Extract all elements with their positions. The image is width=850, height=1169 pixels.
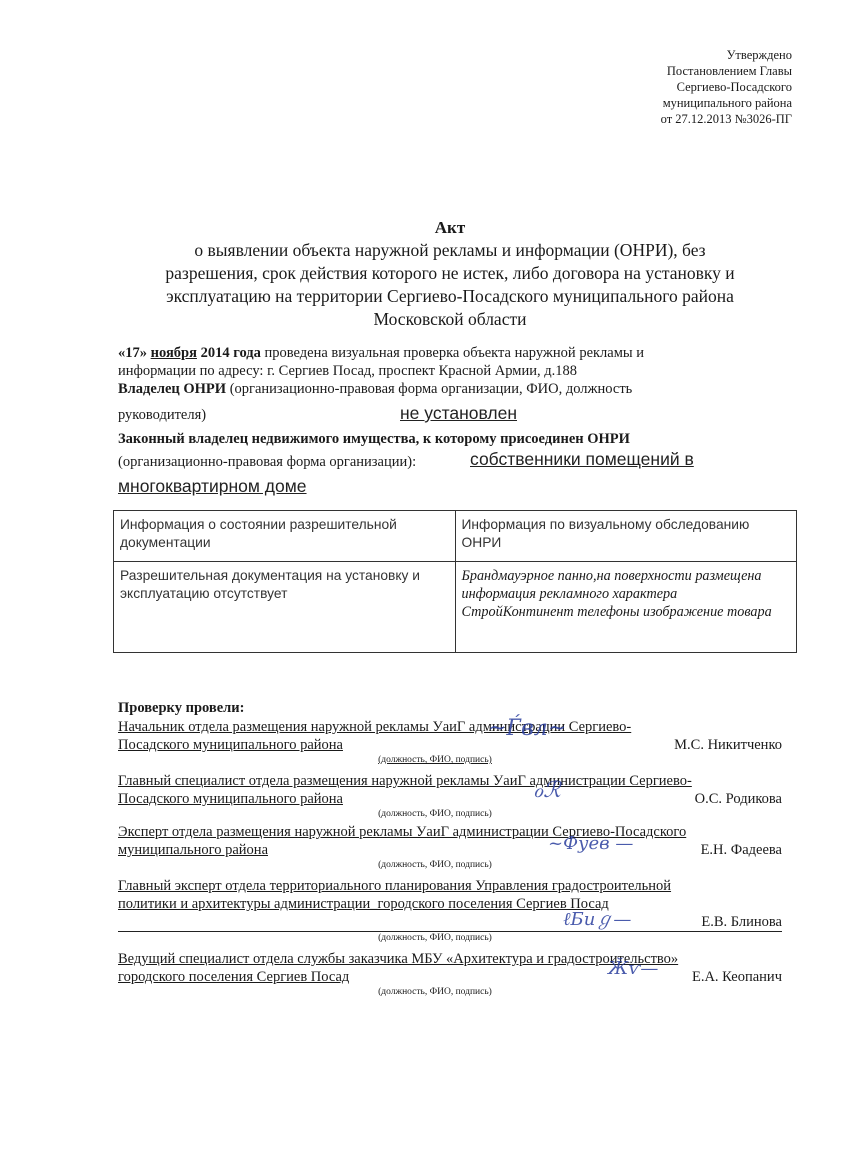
approval-block: Утверждено Постановлением Главы Сергиево… — [532, 47, 792, 127]
table-cell-permit-status: Разрешительная документация на установку… — [114, 562, 456, 653]
signature-mark: ~Ѓвл~ — [488, 720, 566, 738]
signature-caption: (должность, ФИО, подпись) — [88, 859, 782, 871]
inspector-position: Эксперт отдела размещения наружной рекла… — [118, 823, 782, 841]
inspector-position-cont: политики и архитектуры администрации_гор… — [118, 895, 782, 913]
table-cell-visual-inspection: Брандмауэрное панно,на поверхности разме… — [455, 562, 797, 653]
signature-caption: (должность, ФИО, подпись) — [88, 754, 782, 766]
inspector-name: О.С. Родикова — [695, 790, 782, 808]
approval-line: Постановлением Главы — [532, 63, 792, 79]
table-row: Разрешительная документация на установку… — [114, 562, 797, 653]
inspector-position: Начальник отдела размещения наружной рек… — [118, 718, 782, 736]
inspector-name: Е.В. Блинова — [701, 913, 782, 931]
owner-value: не установлен — [400, 403, 517, 424]
inspector-position: Главный специалист отдела размещения нар… — [118, 772, 782, 790]
inspection-intro: «17» ноября 2014 года проведена визуальн… — [118, 344, 798, 398]
legal-owner-value: собственники помещений в — [470, 449, 694, 470]
title-line: Московской области — [110, 308, 790, 331]
inspector-entry: Главный эксперт отдела территориального … — [118, 877, 782, 944]
approval-line: муниципального района — [532, 95, 792, 111]
approval-line: Утверждено — [532, 47, 792, 63]
inspector-position-line: городского поселения Сергиев Посад Е.А. … — [118, 968, 782, 986]
owner-hint: (организационно-правовая форма организац… — [226, 381, 632, 397]
inspector-name: М.С. Никитченко — [674, 736, 782, 754]
approval-line: от 27.12.2013 №3026-ПГ — [532, 111, 792, 127]
title-line: о выявлении объекта наружной рекламы и и… — [110, 239, 790, 262]
inspector-position-line: Посадского муниципального района М.С. Ни… — [118, 736, 782, 754]
inspector-position-cont: городского поселения Сергиев Посад — [118, 969, 349, 985]
inspector-entry: Начальник отдела размещения наружной рек… — [118, 718, 782, 766]
title-heading: Акт — [110, 216, 790, 239]
inspector-position-cont: Посадского муниципального района — [118, 791, 343, 807]
owner-label: Владелец ОНРИ — [118, 381, 226, 397]
title-line: разрешения, срок действия которого не ис… — [110, 262, 790, 285]
inspector-entry: Ведущий специалист отдела службы заказчи… — [118, 950, 782, 998]
inspector-name: Е.А. Кеопанич — [692, 968, 782, 986]
document-title: Акт о выявлении объекта наружной рекламы… — [110, 216, 790, 331]
info-table: Информация о состоянии разрешительной до… — [113, 510, 797, 653]
legal-owner-label: Законный владелец недвижимого имущества,… — [118, 431, 630, 448]
table-header-row: Информация о состоянии разрешительной до… — [114, 511, 797, 562]
signature-mark: ℴℛ — [533, 782, 561, 800]
table-header-cell: Информация о состоянии разрешительной до… — [114, 511, 456, 562]
inspection-year: 2014 года — [201, 345, 261, 361]
signature-mark: Ӂѵ— — [608, 960, 658, 978]
inspector-entry: Эксперт отдела размещения наружной рекла… — [118, 823, 782, 871]
signature-line: Е.В. Блинова — [118, 913, 782, 932]
legal-owner-hint: (организационно-правовая форма организац… — [118, 454, 416, 471]
inspectors-heading: Проверку провели: — [118, 700, 244, 717]
approval-line: Сергиево-Посадского — [532, 79, 792, 95]
owner-hint-cont: руководителя) — [118, 407, 206, 424]
signature-caption: (должность, ФИО, подпись) — [88, 986, 782, 998]
title-line: эксплуатацию на территории Сергиево-Поса… — [110, 285, 790, 308]
inspection-day: «17» — [118, 345, 147, 361]
signature-mark: ℓБиℊ— — [563, 911, 631, 929]
inspector-entry: Главный специалист отдела размещения нар… — [118, 772, 782, 820]
signature-caption: (должность, ФИО, подпись) — [88, 932, 782, 944]
inspection-month: ноября — [151, 345, 197, 361]
signature-caption: (должность, ФИО, подпись) — [88, 808, 782, 820]
inspector-position: Ведущий специалист отдела службы заказчи… — [118, 950, 782, 968]
legal-owner-value-cont: многоквартирном доме — [118, 476, 307, 497]
inspector-position-line: муниципального района Е.Н. Фадеева — [118, 841, 782, 859]
inspector-position: Главный эксперт отдела территориального … — [118, 877, 782, 895]
inspector-name: Е.Н. Фадеева — [701, 841, 782, 859]
inspection-text: проведена визуальная проверка объекта на… — [261, 345, 644, 361]
inspector-position-cont: муниципального района — [118, 842, 268, 858]
inspector-position-cont: Посадского муниципального района — [118, 737, 343, 753]
signature-mark: ~Фуев — — [548, 835, 633, 853]
inspector-position-line: Посадского муниципального района О.С. Ро… — [118, 790, 782, 808]
inspection-address: информации по адресу: г. Сергиев Посад, … — [118, 362, 798, 380]
table-header-cell: Информация по визуальному обследованию О… — [455, 511, 797, 562]
